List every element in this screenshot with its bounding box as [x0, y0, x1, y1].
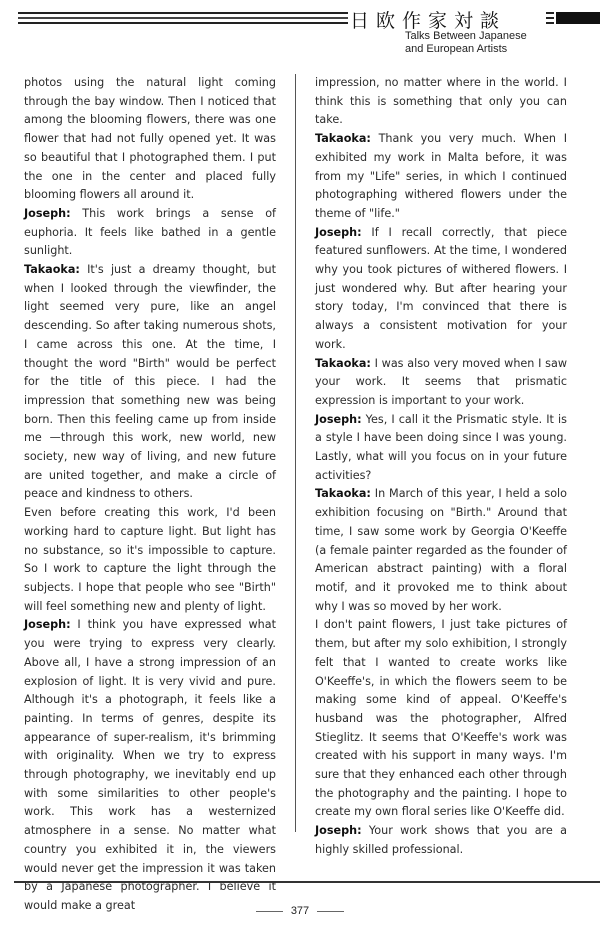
paragraph-text: impression, no matter where in the world…: [315, 76, 567, 126]
paragraph: Joseph: Your work shows that you are a h…: [315, 822, 567, 859]
paragraph-text: photos using the natural light coming th…: [24, 76, 276, 201]
footer-rule: [14, 881, 600, 883]
header-subtitle-line1: Talks Between Japanese: [405, 30, 527, 43]
paragraph: Takaoka: I was also very moved when I sa…: [315, 355, 567, 411]
speaker-label: Joseph:: [315, 226, 362, 239]
header-rule-lines: [18, 11, 348, 25]
paragraph: impression, no matter where in the world…: [315, 74, 567, 130]
page-number-area: 377: [0, 905, 600, 917]
paragraph-text: Thank you very much. When I exhibited my…: [315, 132, 567, 220]
page-number-dash-right: [317, 911, 344, 912]
header-subtitle: Talks Between Japanese and European Arti…: [405, 30, 527, 56]
paragraph-text: Even before creating this work, I'd been…: [24, 506, 276, 613]
paragraph: Joseph: If I recall correctly, that piec…: [315, 224, 567, 355]
header-subtitle-line2: and European Artists: [405, 43, 527, 56]
speaker-label: Takaoka:: [315, 132, 371, 145]
paragraph: Joseph: This work brings a sense of euph…: [24, 205, 276, 261]
page-number-dash-left: [256, 911, 283, 912]
speaker-label: Takaoka:: [315, 357, 371, 370]
paragraph-text: I think you have expressed what you were…: [24, 618, 276, 912]
page-number: 377: [291, 905, 309, 917]
paragraph: Takaoka: Thank you very much. When I exh…: [315, 130, 567, 224]
paragraph: Even before creating this work, I'd been…: [24, 504, 276, 616]
speaker-label: Joseph:: [24, 207, 71, 220]
paragraph: Joseph: Yes, I call it the Prismatic sty…: [315, 411, 567, 486]
paragraph: photos using the natural light coming th…: [24, 74, 276, 205]
paragraph: Takaoka: In March of this year, I held a…: [315, 485, 567, 616]
header-black-block: [556, 12, 600, 24]
paragraph: I don't paint flowers, I just take pictu…: [315, 616, 567, 822]
header-rule-right: [546, 12, 554, 24]
paragraph-text: In March of this year, I held a solo exh…: [315, 487, 567, 612]
paragraph: Joseph: I think you have expressed what …: [24, 616, 276, 915]
speaker-label: Takaoka:: [315, 487, 371, 500]
speaker-label: Joseph:: [315, 824, 362, 837]
speaker-label: Joseph:: [315, 413, 362, 426]
left-column: photos using the natural light coming th…: [24, 74, 276, 916]
speaker-label: Takaoka:: [24, 263, 80, 276]
right-column: impression, no matter where in the world…: [315, 74, 567, 860]
column-divider: [295, 74, 296, 832]
paragraph-text: It's just a dreamy thought, but when I l…: [24, 263, 276, 500]
paragraph: Takaoka: It's just a dreamy thought, but…: [24, 261, 276, 504]
header-title-japanese: 日欧作家対談: [350, 6, 506, 33]
paragraph-text: If I recall correctly, that piece featur…: [315, 226, 567, 351]
paragraph-text: I don't paint flowers, I just take pictu…: [315, 618, 567, 818]
speaker-label: Joseph:: [24, 618, 71, 631]
